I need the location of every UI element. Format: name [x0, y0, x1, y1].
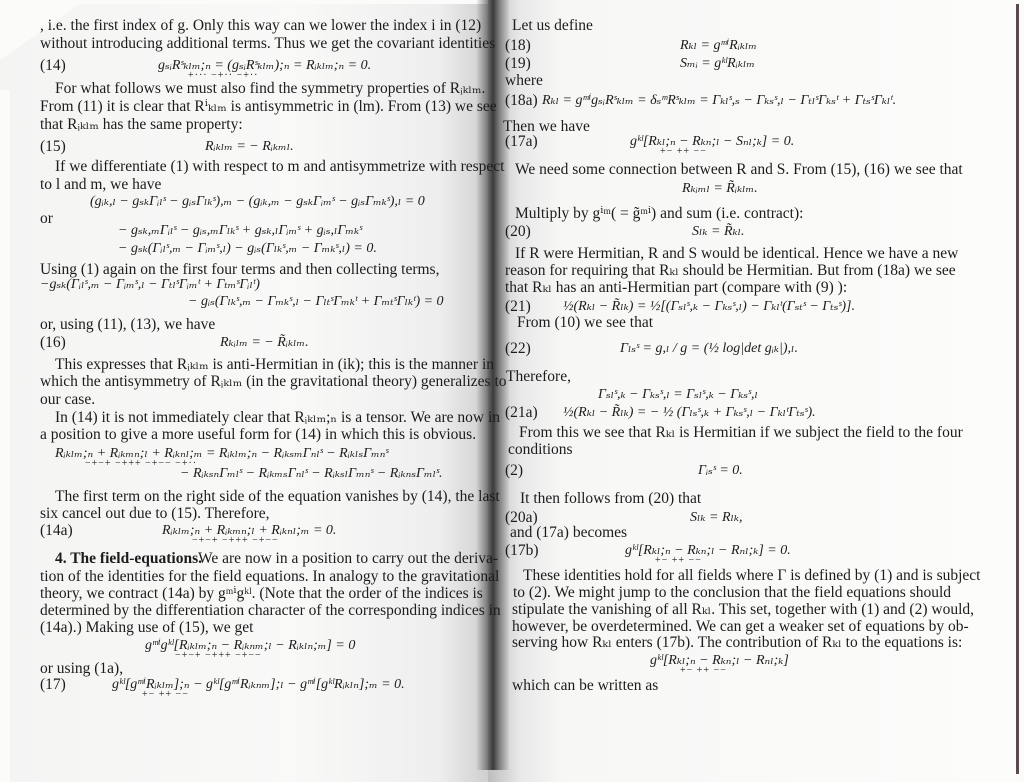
- equation-number: (17b): [505, 542, 539, 560]
- equation-number: (18): [505, 37, 531, 55]
- equation: Rₖᵢₗₘ = − R̃ᵢₖₗₘ.: [220, 334, 309, 351]
- text-line: which can be written as: [512, 677, 658, 695]
- equation-number: (22): [505, 340, 531, 358]
- equation-number: (17a): [505, 133, 538, 151]
- equation: Sₗₖ = Rₗₖ,: [690, 509, 743, 526]
- text-line: From (10) we see that: [517, 314, 653, 332]
- differentiation-signs: −+−+ −+++ −+−−: [175, 650, 262, 661]
- text-line: where: [505, 72, 543, 90]
- text-line: without introducing additional terms. Th…: [40, 35, 495, 53]
- text-line: or: [40, 210, 53, 228]
- text-line: our case.: [40, 391, 95, 409]
- equation: Rₖₗ = gᵐⁱgₛᵢRˢₖₗₘ = δₛᵐRˢₖₗₘ = Γₖₗˢ,ₛ − …: [542, 92, 896, 109]
- text-line: (14a).) Making use of (15), we get: [40, 619, 254, 637]
- text-line: If we differentiate (1) with respect to …: [55, 158, 504, 176]
- text-line: stipulate the vanishing of all Rₖₗ. This…: [512, 601, 974, 619]
- equation: − gᵢₛ(Γₗₖˢ,ₘ − Γₘₖˢ,ₗ − ΓₗₜˢΓₘₖᵗ + ΓₘₜˢΓ…: [188, 293, 444, 310]
- equation: gᵏˡ[Rₖₗ;ₙ − Rₖₙ;ₗ − Rₙₗ;ₖ] = 0.: [625, 542, 791, 559]
- equation-number: (2): [505, 462, 523, 480]
- differentiation-signs: −+−+ −+++ −+−−: [192, 535, 279, 546]
- text-line: The first term on the right side of the …: [55, 488, 500, 506]
- equation-number: (20a): [505, 509, 538, 527]
- text-line: From this we see that Rₖₗ is Hermitian i…: [519, 424, 963, 442]
- text-line: In (14) it is not immediately clear that…: [55, 409, 500, 427]
- text-line: This expresses that Rᵢₖₗₘ is anti-Hermit…: [55, 356, 494, 374]
- equation-number: (15): [40, 138, 66, 156]
- text-line: Let us define: [512, 17, 593, 35]
- text-line: Multiply by gⁱᵐ( = g̃ᵐⁱ) and sum (i.e. c…: [515, 205, 803, 223]
- equation: ½(Rₖₗ − R̃ₗₖ) = ½[(Γₛₗˢ,ₖ − Γₖₛˢ,ₗ) − Γₖ…: [563, 298, 855, 315]
- text-line: For what follows we must also find the s…: [55, 80, 485, 98]
- differentiation-signs: +− ++ −−: [660, 146, 707, 157]
- text-line: that Rₖₗ has an anti-Hermitian part (com…: [505, 279, 847, 297]
- equation-number: (18a): [505, 92, 538, 110]
- text-line: We are now in a position to carry out th…: [198, 550, 498, 568]
- equation-number: (14): [40, 57, 66, 75]
- equation-number: (21): [505, 298, 531, 316]
- text-line: reason for requiring that Rₖₗ should be …: [505, 262, 956, 280]
- equation: Γₗₛˢ = g,ₗ / g = (½ log|det gᵢₖ|),ₗ.: [620, 340, 798, 357]
- text-line: , i.e. the first index of g. Only this w…: [40, 17, 481, 35]
- equation: ½(Rₖₗ − R̃ₗₖ) = − ½ (Γₗₛˢ,ₖ + Γₖₛˢ,ₗ − Γ…: [563, 404, 816, 421]
- text-line: six cancel out due to (15). Therefore,: [40, 505, 270, 523]
- page-edge: [1016, 4, 1019, 774]
- section-heading: 4. The field-equations.: [55, 550, 202, 568]
- text-line: a position to give a more useful form fo…: [40, 426, 476, 444]
- equation: − gₛₖ(Γᵢₗˢ,ₘ − Γᵢₘˢ,ₗ) − gᵢₛ(Γₗₖˢ,ₘ − Γₘ…: [118, 240, 377, 257]
- equation: Sₗₖ = R̃ₖₗ.: [692, 223, 745, 240]
- text-line: From (11) it is clear that Rⁱₖₗₘ is anti…: [40, 98, 497, 116]
- text-line: Therefore,: [506, 368, 571, 386]
- equation-number: (19): [505, 55, 531, 73]
- equation: − gₛₖ,ₘΓᵢₗˢ − gᵢₛ,ₘΓₗₖˢ + gₛₖ,ₗΓᵢₘˢ + gᵢ…: [118, 222, 362, 239]
- equation: − RᵢₖₛₙΓₘₗˢ − RᵢₖₘₛΓₙₗˢ − RᵢₖₛₗΓₘₙˢ − Rᵢ…: [180, 465, 442, 482]
- equation: Rₖᵢₘₗ = R̃ᵢₖₗₘ.: [682, 180, 758, 197]
- equation-number: (17): [40, 676, 66, 694]
- equation: Sₘᵢ = gᵏˡRᵢₖₗₘ: [680, 55, 755, 72]
- text-line: tion of the identities for the field equ…: [40, 568, 499, 586]
- text-line: or, using (11), (13), we have: [40, 316, 215, 334]
- text-line: that Rᵢₖₗₘ has the same property:: [40, 116, 243, 134]
- text-line: It then follows from (20) that: [520, 490, 701, 508]
- equation: Γᵢₛˢ = 0.: [698, 462, 743, 479]
- text-line: These identities hold for all fields whe…: [523, 567, 980, 585]
- equation: Rₖₗ = gᵐⁱRᵢₖₗₘ: [680, 37, 757, 54]
- differentiation-signs: +··· −+·· −+··: [188, 70, 259, 81]
- text-line: If R were Hermitian, R and S would be id…: [515, 245, 958, 263]
- equation: (gᵢₖ,ₗ − gₛₖΓᵢₗˢ − gᵢₛΓₗₖˢ),ₘ − (gᵢₖ,ₘ −…: [90, 193, 425, 210]
- equation-number: (21a): [505, 404, 538, 422]
- text-line: which the antisymmetry of Rᵢₖₗₘ (in the …: [40, 373, 507, 391]
- differentiation-signs: +− ++ −−: [142, 689, 189, 700]
- differentiation-signs: +− ++ −−: [680, 665, 727, 676]
- differentiation-signs: +− ++ −−: [655, 555, 702, 566]
- equation: Γₛₗˢ,ₖ − Γₖₛˢ,ₗ = Γₛₗˢ,ₖ − Γₖₛˢ,ₗ: [598, 386, 758, 403]
- equation-number: (20): [505, 223, 531, 241]
- text-line: determined by the differentiation charac…: [40, 602, 501, 620]
- equation: Rᵢₖₗₘ = − Rᵢₖₘₗ.: [205, 138, 294, 155]
- equation-number: (14a): [40, 522, 73, 540]
- text-line: conditions: [508, 441, 573, 459]
- text-line: to (2). We might jump to the conclusion …: [513, 584, 951, 602]
- equation: gᵏˡ[Rₖₗ;ₙ − Rₖₙ;ₗ − Sₙₗ;ₖ] = 0.: [630, 133, 794, 150]
- text-line: We need some connection between R and S.…: [515, 161, 963, 179]
- equation: −gₛₖ(Γᵢₗˢ,ₘ − Γᵢₘˢ,ₗ − ΓₜₗˢΓᵢₘᵗ + ΓₜₘˢΓᵢ…: [40, 276, 260, 293]
- text-line: to l and m, we have: [40, 176, 161, 194]
- text-line: serving how Rₖₗ enters (17b). The contri…: [512, 634, 962, 652]
- equation-number: (16): [40, 334, 66, 352]
- text-line: theory, we contract (14a) by gᵐⁱgᵏˡ. (No…: [40, 585, 483, 603]
